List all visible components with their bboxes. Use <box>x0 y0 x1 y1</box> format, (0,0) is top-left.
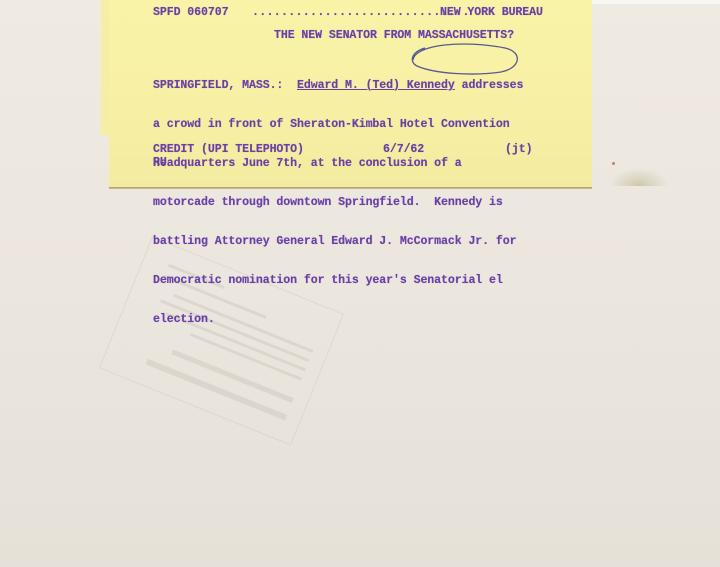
photo-credit: CREDIT (UPI TELEPHOTO) <box>153 143 304 156</box>
caption-line: motorcade through downtown Springfield. … <box>153 196 523 209</box>
dispatch-leader: .............................. <box>252 6 470 19</box>
slip-crease <box>609 168 669 186</box>
caption-headline: THE NEW SENATOR FROM MASSACHUSETTS? <box>274 29 514 42</box>
editor-initials: (jt) <box>505 143 532 156</box>
caption-date: 6/7/62 <box>383 143 424 156</box>
top-edge-strip <box>592 0 720 4</box>
paper-speck <box>612 162 615 165</box>
dispatch-code: SPFD 060707 <box>153 6 228 19</box>
caption-line: election. <box>153 313 523 326</box>
bureau-name: NEW YORK BUREAU <box>440 6 543 19</box>
caption-line: Headquarters June 7th, at the conclusion… <box>153 157 523 170</box>
caption-line: battling Attorney General Edward J. McCo… <box>153 235 523 248</box>
operator-code: RU <box>153 156 167 169</box>
underlined-name: Edward M. (Ted) Kennedy <box>297 79 455 92</box>
caption-line: a crowd in front of Sheraton-Kimbal Hote… <box>153 118 523 131</box>
caption-line: SPRINGFIELD, MASS.: Edward M. (Ted) Kenn… <box>153 79 523 92</box>
caption-line-tail: addresses <box>455 79 524 92</box>
caption-dateline: SPRINGFIELD, MASS.: <box>153 79 297 92</box>
caption-body: SPRINGFIELD, MASS.: Edward M. (Ted) Kenn… <box>153 53 523 339</box>
caption-line: Democratic nomination for this year's Se… <box>153 274 523 287</box>
